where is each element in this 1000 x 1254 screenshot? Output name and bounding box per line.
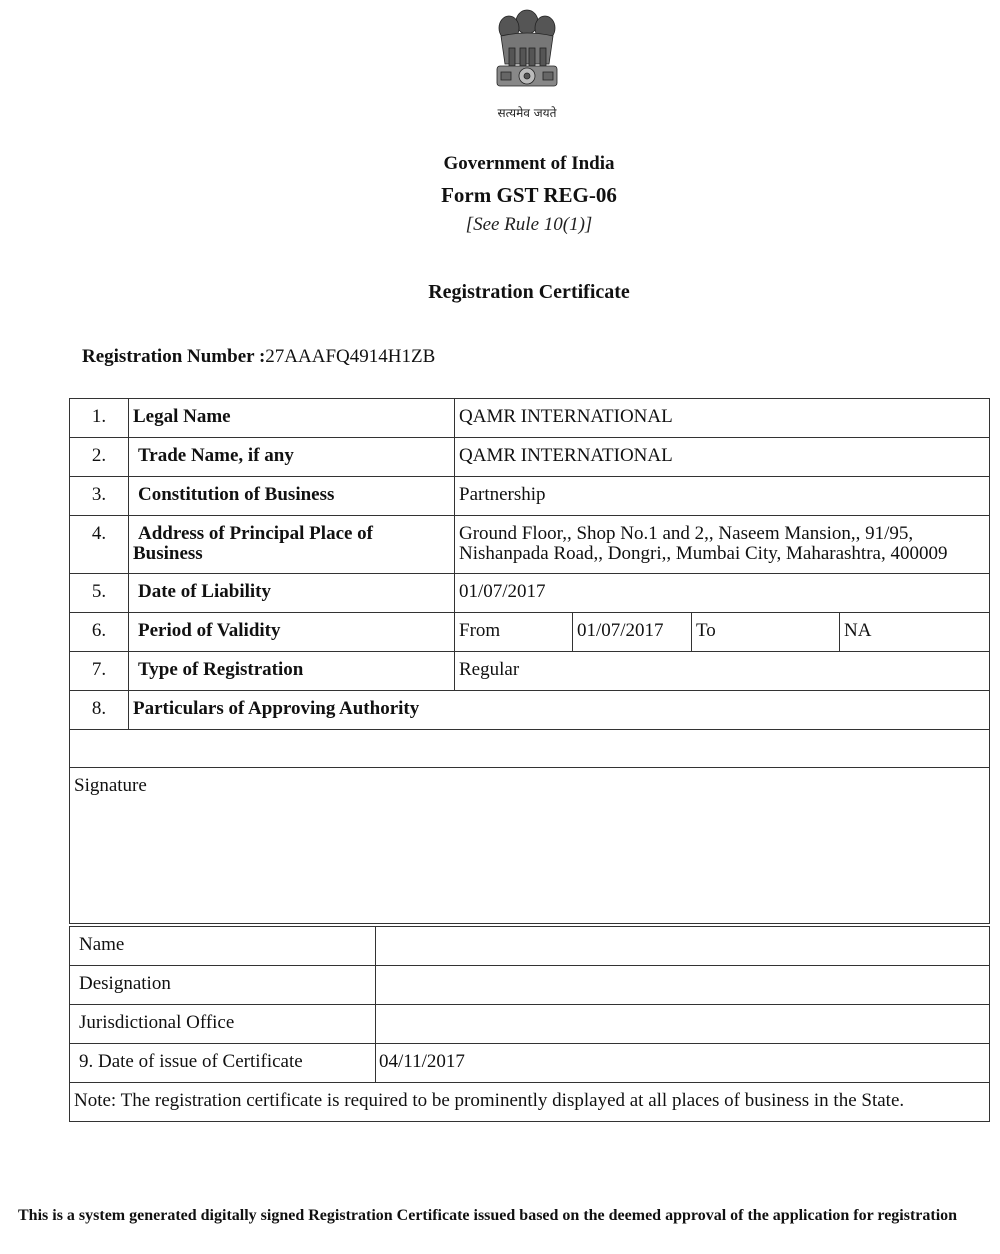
- legal-name-value: QAMR INTERNATIONAL: [455, 399, 990, 438]
- row-label: Period of Validity: [129, 613, 455, 652]
- address-line: Nishanpada Road,, Dongri,, Mumbai City, …: [459, 544, 985, 564]
- table-row: 2. Trade Name, if any QAMR INTERNATIONAL: [70, 438, 990, 477]
- name-label: Name: [70, 927, 376, 966]
- office-value: [376, 1005, 990, 1044]
- issue-date-label: 9. Date of issue of Certificate: [70, 1044, 376, 1083]
- registration-type-value: Regular: [455, 652, 990, 691]
- table-row: 7. Type of Registration Regular: [70, 652, 990, 691]
- table-row: 4. Address of Principal Place ofBusiness…: [70, 516, 990, 574]
- issue-date-value: 04/11/2017: [376, 1044, 990, 1083]
- validity-from-value: 01/07/2017: [573, 613, 692, 652]
- empty-cell: [70, 730, 990, 768]
- table-row: 1. Legal Name QAMR INTERNATIONAL: [70, 399, 990, 438]
- table-row: 8. Particulars of Approving Authority: [70, 691, 990, 730]
- label-line: Business: [133, 544, 450, 564]
- label-line: Address of Principal Place of: [133, 524, 450, 544]
- office-label: Jurisdictional Office: [70, 1005, 376, 1044]
- row-label: Trade Name, if any: [129, 438, 455, 477]
- row-number: 7.: [70, 652, 129, 691]
- signature-label: Signature: [70, 768, 990, 924]
- certificate-title: Registration Certificate: [0, 281, 1000, 304]
- table-row: Jurisdictional Office: [70, 1005, 990, 1044]
- table-row: Designation: [70, 966, 990, 1005]
- empty-row: [70, 730, 990, 768]
- row-label: Type of Registration: [129, 652, 455, 691]
- note-row: Note: The registration certificate is re…: [70, 1083, 990, 1122]
- table-row: 9. Date of issue of Certificate 04/11/20…: [70, 1044, 990, 1083]
- registration-number-value: 27AAAFQ4914H1ZB: [265, 346, 435, 367]
- form-title: Form GST REG-06: [0, 183, 1000, 208]
- row-number: 2.: [70, 438, 129, 477]
- emblem-motto: सत्यमेव जयते: [470, 104, 584, 121]
- rule-reference: [See Rule 10(1)]: [0, 214, 1000, 236]
- registration-number-label: Registration Number :: [82, 346, 265, 367]
- table-row: 6. Period of Validity From 01/07/2017 To…: [70, 613, 990, 652]
- registration-number: Registration Number :27AAAFQ4914H1ZB: [82, 346, 435, 368]
- trade-name-value: QAMR INTERNATIONAL: [455, 438, 990, 477]
- address-line: Ground Floor,, Shop No.1 and 2,, Naseem …: [459, 524, 985, 544]
- row-number: 5.: [70, 574, 129, 613]
- validity-to-label: To: [692, 613, 840, 652]
- constitution-value: Partnership: [455, 477, 990, 516]
- row-number: 8.: [70, 691, 129, 730]
- authority-table: Name Designation Jurisdictional Office 9…: [69, 926, 990, 1122]
- note-text: Note: The registration certificate is re…: [70, 1083, 990, 1122]
- address-value: Ground Floor,, Shop No.1 and 2,, Naseem …: [455, 516, 990, 574]
- national-emblem-icon: [487, 2, 567, 98]
- name-value: [376, 927, 990, 966]
- table-row: Name: [70, 927, 990, 966]
- row-label: Address of Principal Place ofBusiness: [129, 516, 455, 574]
- row-number: 3.: [70, 477, 129, 516]
- certificate-table: 1. Legal Name QAMR INTERNATIONAL 2. Trad…: [69, 398, 990, 924]
- row-label: Constitution of Business: [129, 477, 455, 516]
- table-row: 3. Constitution of Business Partnership: [70, 477, 990, 516]
- signature-row: Signature: [70, 768, 990, 924]
- designation-value: [376, 966, 990, 1005]
- row-number: 4.: [70, 516, 129, 574]
- validity-from-label: From: [455, 613, 573, 652]
- table-row: 5. Date of Liability 01/07/2017: [70, 574, 990, 613]
- row-label: Legal Name: [129, 399, 455, 438]
- liability-date-value: 01/07/2017: [455, 574, 990, 613]
- government-heading: Government of India: [0, 153, 1000, 175]
- row-number: 1.: [70, 399, 129, 438]
- row-label: Date of Liability: [129, 574, 455, 613]
- validity-to-value: NA: [840, 613, 990, 652]
- row-label: Particulars of Approving Authority: [129, 691, 990, 730]
- row-number: 6.: [70, 613, 129, 652]
- footer-disclaimer: This is a system generated digitally sig…: [18, 1203, 978, 1229]
- designation-label: Designation: [70, 966, 376, 1005]
